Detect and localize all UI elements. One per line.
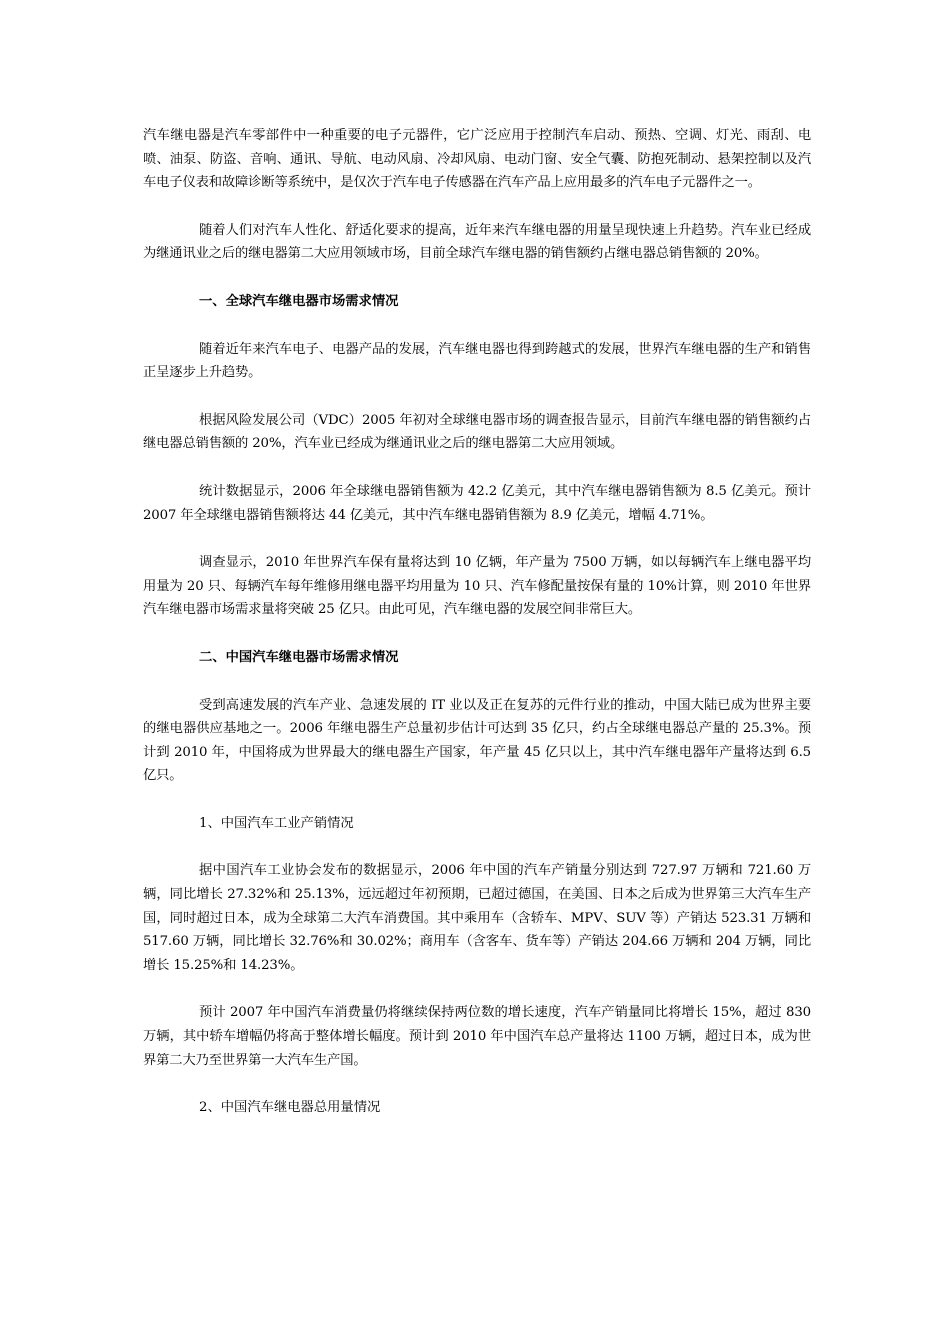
document-page: 汽车继电器是汽车零部件中一种重要的电子元器件，它广泛应用于控制汽车启动、预热、空… bbox=[143, 124, 811, 1144]
paragraph-sales-statistics: 统计数据显示，2006 年全球继电器销售额为 42.2 亿美元，其中汽车继电器销… bbox=[143, 480, 811, 527]
paragraph-2010-forecast: 调查显示，2010 年世界汽车保有量将达到 10 亿辆，年产量为 7500 万辆… bbox=[143, 551, 811, 622]
paragraph-china-supply-base: 受到高速发展的汽车产业、急速发展的 IT 业以及正在复苏的元件行业的推动，中国大… bbox=[143, 694, 811, 788]
paragraph-usage-trend: 随着人们对汽车人性化、舒适化要求的提高，近年来汽车继电器的用量呈现快速上升趋势。… bbox=[143, 219, 811, 266]
subsection-heading-relay-usage: 2、中国汽车继电器总用量情况 bbox=[143, 1096, 811, 1120]
section-heading-china-market: 二、中国汽车继电器市场需求情况 bbox=[143, 646, 811, 670]
paragraph-intro: 汽车继电器是汽车零部件中一种重要的电子元器件，它广泛应用于控制汽车启动、预热、空… bbox=[143, 124, 811, 195]
paragraph-global-development: 随着近年来汽车电子、电器产品的发展，汽车继电器也得到跨越式的发展，世界汽车继电器… bbox=[143, 338, 811, 385]
paragraph-vdc-report: 根据风险发展公司（VDC）2005 年初对全球继电器市场的调查报告显示，目前汽车… bbox=[143, 409, 811, 456]
subsection-heading-auto-industry: 1、中国汽车工业产销情况 bbox=[143, 812, 811, 836]
paragraph-caam-data: 据中国汽车工业协会发布的数据显示，2006 年中国的汽车产销量分别达到 727.… bbox=[143, 859, 811, 977]
section-heading-global-market: 一、全球汽车继电器市场需求情况 bbox=[143, 290, 811, 314]
paragraph-2007-forecast: 预计 2007 年中国汽车消费量仍将继续保持两位数的增长速度，汽车产销量同比将增… bbox=[143, 1001, 811, 1072]
